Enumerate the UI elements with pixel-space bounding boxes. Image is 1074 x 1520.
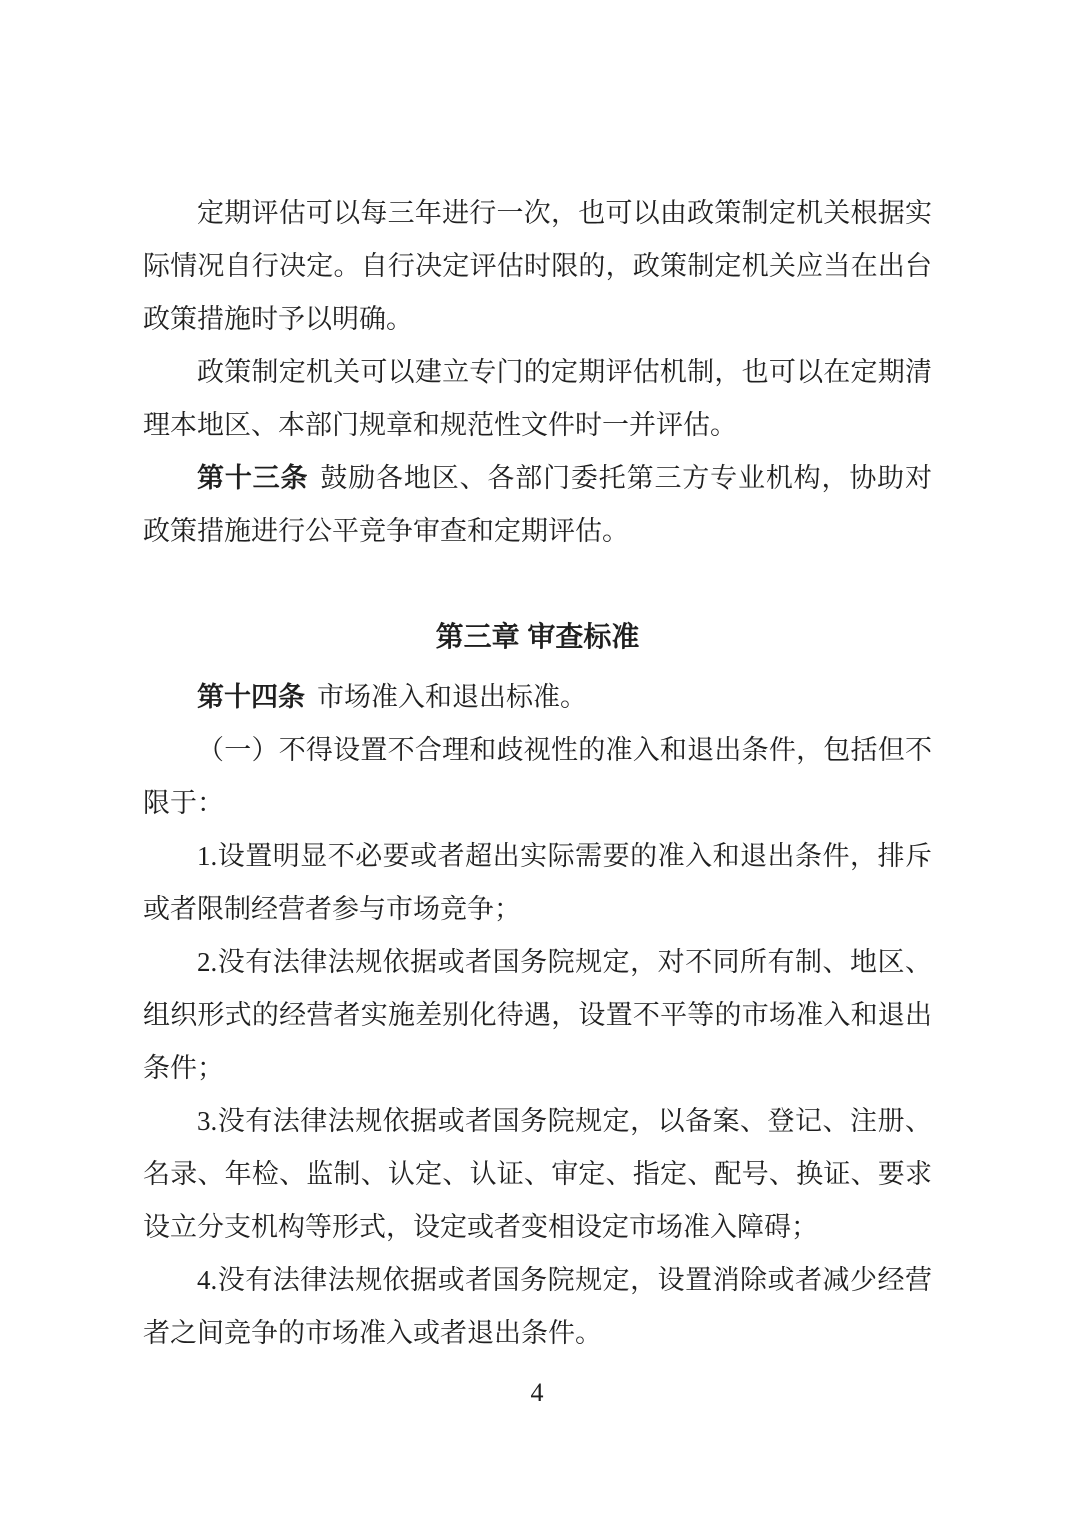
paragraph: 3.没有法律法规依据或者国务院规定，以备案、登记、注册、名录、年检、监制、认定、… bbox=[143, 1095, 932, 1254]
paragraph: （一）不得设置不合理和歧视性的准入和退出条件，包括但不限于： bbox=[143, 724, 932, 830]
chapter-heading: 第三章 审查标准 bbox=[143, 610, 932, 663]
paragraph: 2.没有法律法规依据或者国务院规定，对不同所有制、地区、组织形式的经营者实施差别… bbox=[143, 936, 932, 1095]
article-number-label: 第十三条 bbox=[197, 463, 308, 493]
paragraph: 4.没有法律法规依据或者国务院规定，设置消除或者减少经营者之间竞争的市场准入或者… bbox=[143, 1254, 932, 1360]
paragraph: 政策制定机关可以建立专门的定期评估机制，也可以在定期清理本地区、本部门规章和规范… bbox=[143, 346, 932, 452]
paragraph: 定期评估可以每三年进行一次，也可以由政策制定机关根据实际情况自行决定。自行决定评… bbox=[143, 187, 932, 346]
article-paragraph: 第十三条鼓励各地区、各部门委托第三方专业机构，协助对政策措施进行公平竞争审查和定… bbox=[143, 452, 932, 558]
article-paragraph: 第十四条市场准入和退出标准。 bbox=[143, 671, 932, 724]
page-number: 4 bbox=[0, 1378, 1074, 1408]
document-page: 定期评估可以每三年进行一次，也可以由政策制定机关根据实际情况自行决定。自行决定评… bbox=[0, 0, 1074, 1520]
article-number-label: 第十四条 bbox=[197, 682, 305, 712]
paragraph: 1.设置明显不必要或者超出实际需要的准入和退出条件，排斥或者限制经营者参与市场竞… bbox=[143, 830, 932, 936]
article-text: 市场准入和退出标准。 bbox=[317, 682, 587, 712]
